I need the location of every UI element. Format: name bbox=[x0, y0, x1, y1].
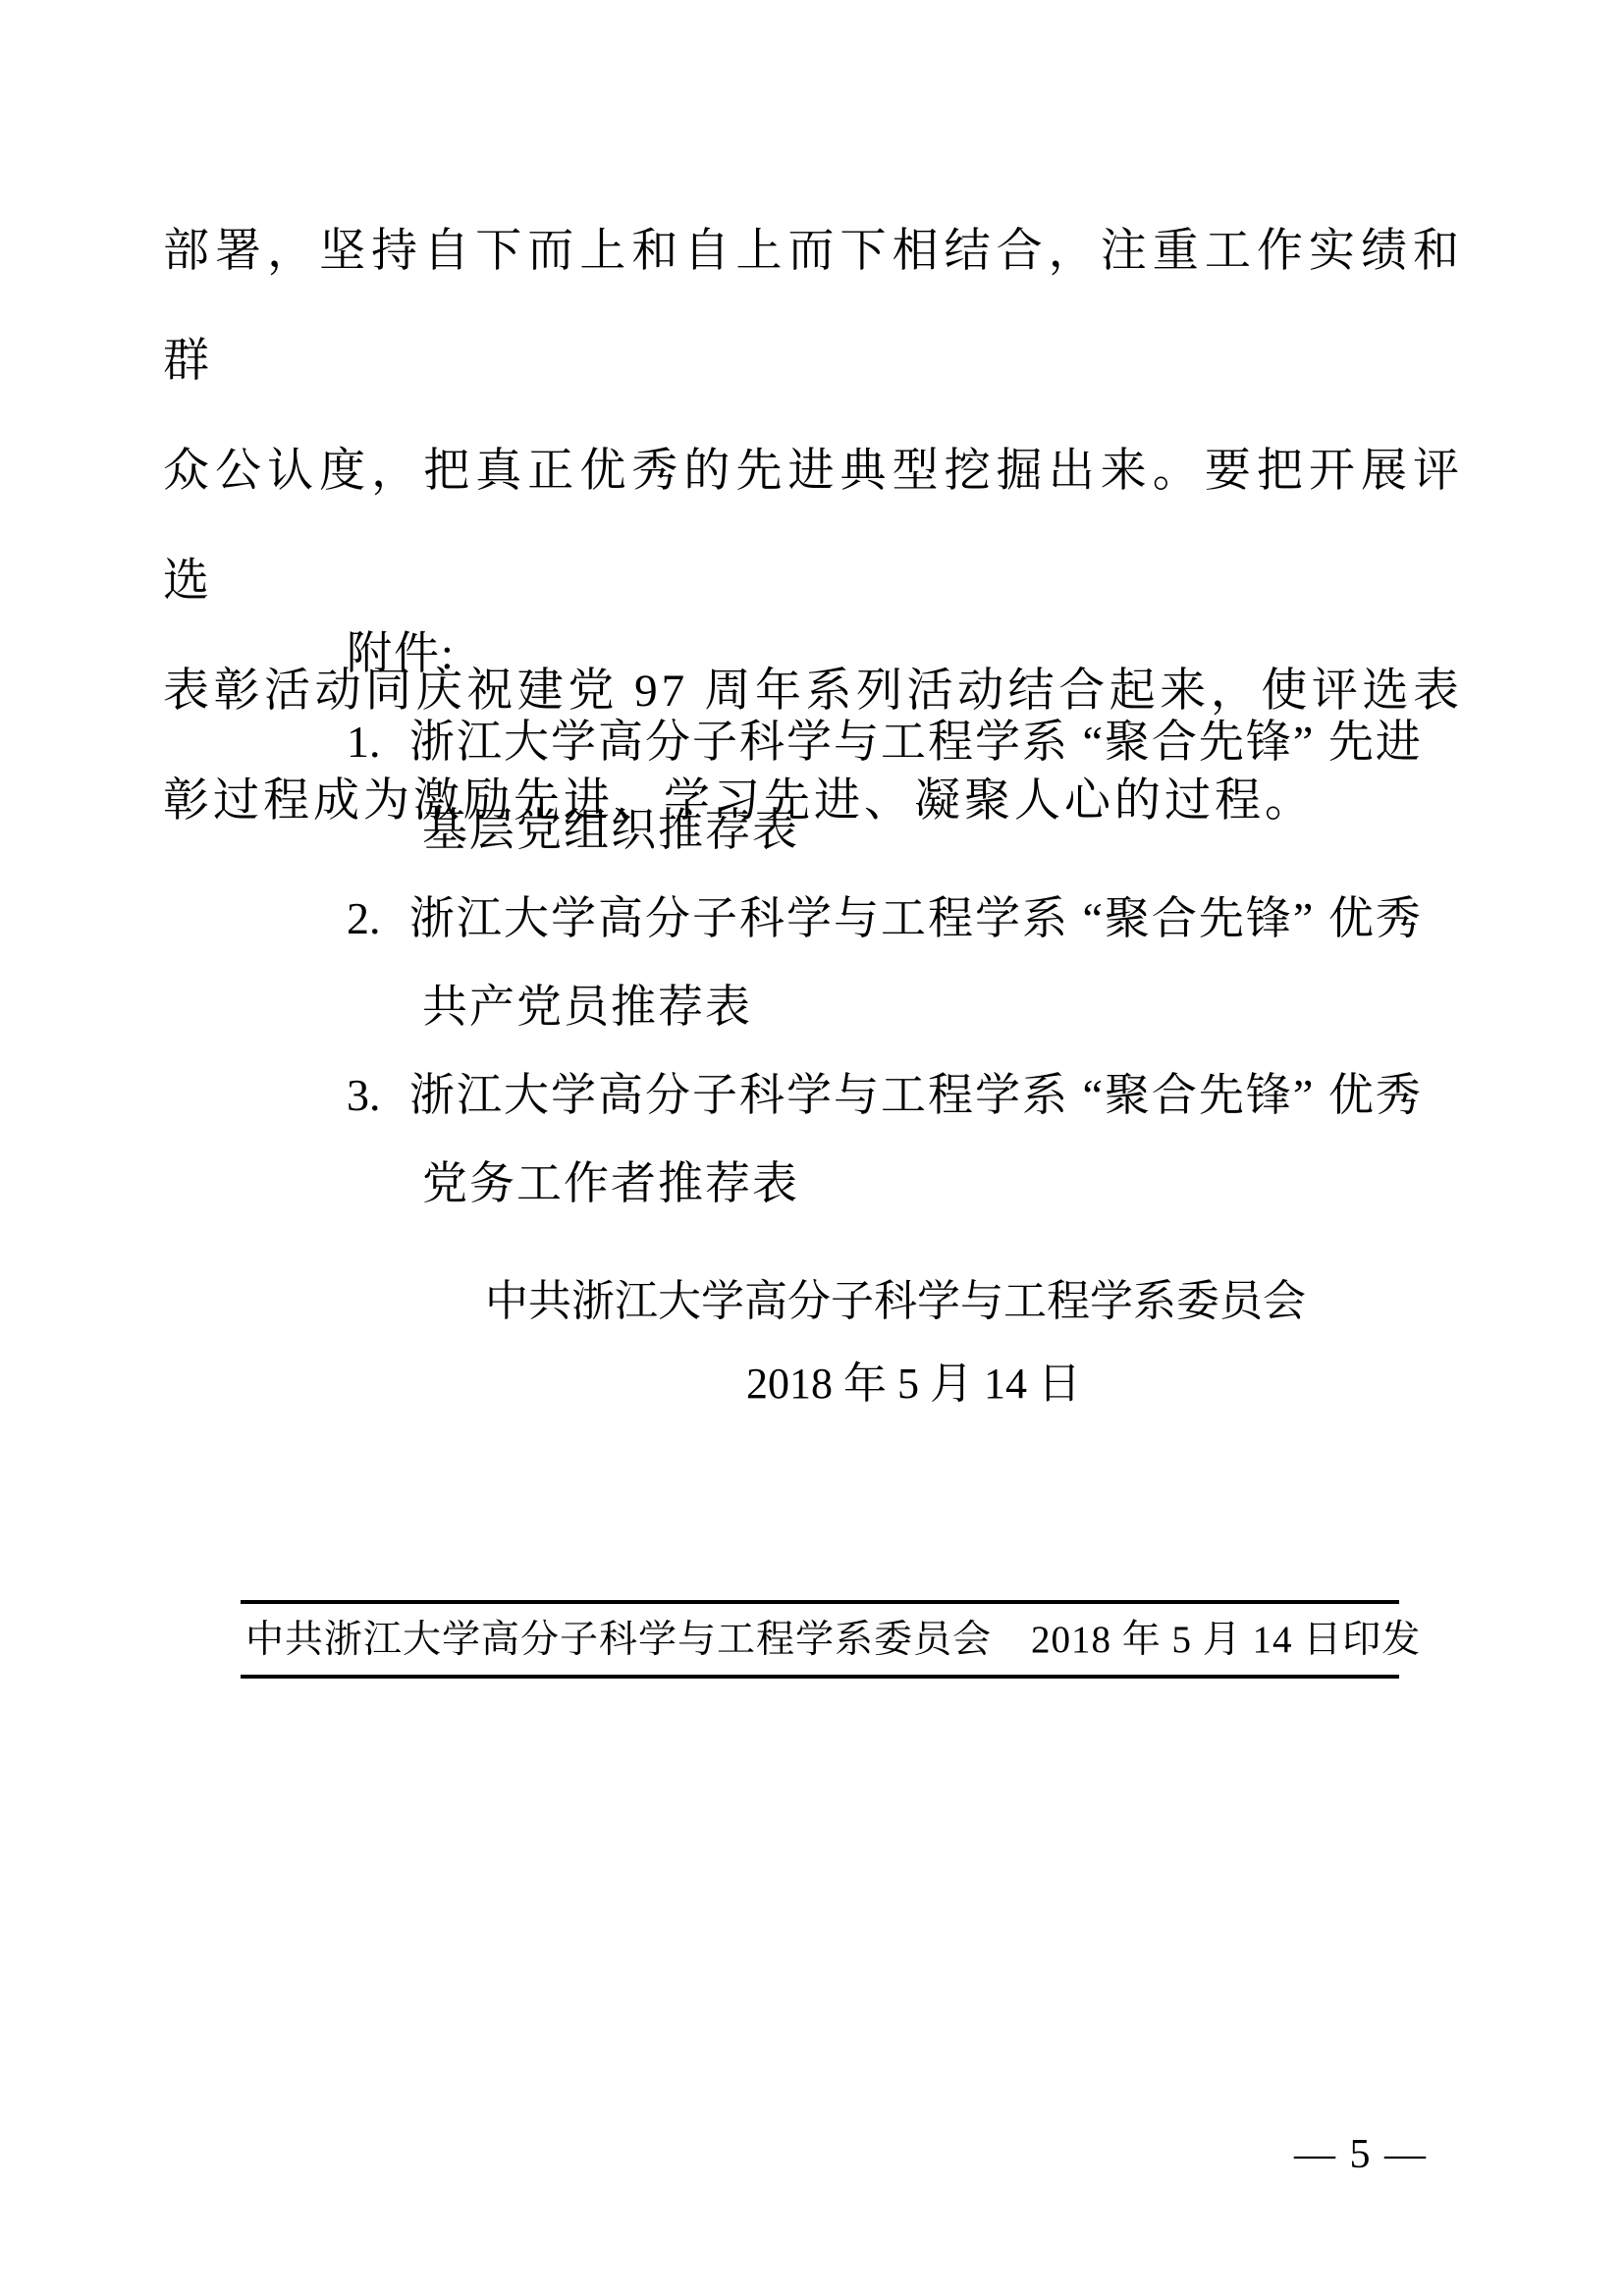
attachment-item-3-number: 3. bbox=[347, 1051, 409, 1140]
footer-rule-bottom bbox=[241, 1675, 1399, 1679]
signature-date: 2018 年 5 月 14 日 bbox=[746, 1359, 1081, 1410]
footer-rule-top bbox=[241, 1600, 1399, 1604]
attachment-item-1-number: 1. bbox=[347, 698, 409, 786]
paragraph-line-1: 部署，坚持自下而上和自上而下相结合，注重工作实绩和群 bbox=[163, 196, 1463, 416]
document-page: 部署，坚持自下而上和自上而下相结合，注重工作实绩和群 众公认度，把真正优秀的先进… bbox=[0, 0, 1624, 2296]
paragraph-line-2: 众公认度，把真正优秀的先进典型挖掘出来。要把开展评选 bbox=[163, 416, 1463, 636]
attachment-item-1-line-2: 基层党组织推荐表 bbox=[347, 786, 1505, 875]
attachment-item-3-title: 浙江大学高分子科学与工程学系 “聚合先锋” 优秀 bbox=[409, 1070, 1423, 1120]
attachment-item-1-line-1: 1.浙江大学高分子科学与工程学系 “聚合先锋” 先进 bbox=[347, 698, 1505, 786]
attachment-item-2-title: 浙江大学高分子科学与工程学系 “聚合先锋” 优秀 bbox=[409, 893, 1423, 943]
attachments-label: 附件: bbox=[347, 610, 1505, 698]
signature-organization: 中共浙江大学高分子科学与工程学系委员会 bbox=[485, 1276, 1306, 1327]
attachment-item-3-line-1: 3.浙江大学高分子科学与工程学系 “聚合先锋” 优秀 bbox=[347, 1051, 1505, 1140]
page-number: — 5 — bbox=[1294, 2132, 1428, 2177]
attachment-item-3-line-2: 党务工作者推荐表 bbox=[347, 1140, 1505, 1228]
attachment-item-1-title: 浙江大学高分子科学与工程学系 “聚合先锋” 先进 bbox=[409, 717, 1423, 767]
attachments-section: 附件: 1.浙江大学高分子科学与工程学系 “聚合先锋” 先进 基层党组织推荐表 … bbox=[347, 610, 1505, 1228]
attachment-item-2-line-2: 共产党员推荐表 bbox=[347, 963, 1505, 1051]
footer-imprint: 中共浙江大学高分子科学与工程学系委员会 2018 年 5 月 14 日印发 bbox=[245, 1619, 1399, 1662]
attachment-item-2-number: 2. bbox=[347, 875, 409, 963]
attachment-item-2-line-1: 2.浙江大学高分子科学与工程学系 “聚合先锋” 优秀 bbox=[347, 875, 1505, 963]
